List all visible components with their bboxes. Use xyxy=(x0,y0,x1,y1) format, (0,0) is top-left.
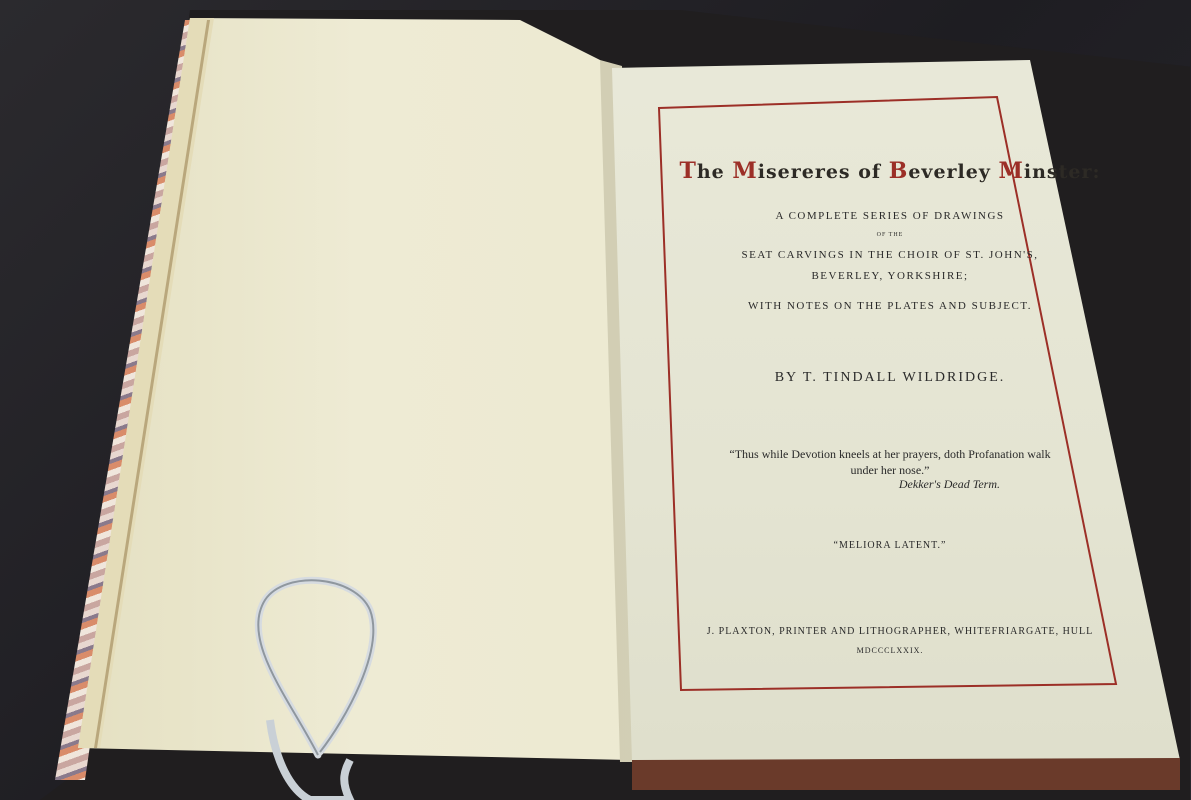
silver-bookmark-icon xyxy=(0,0,1191,800)
book-photo: The Misereres of Beverley Minster: A COM… xyxy=(0,0,1191,800)
